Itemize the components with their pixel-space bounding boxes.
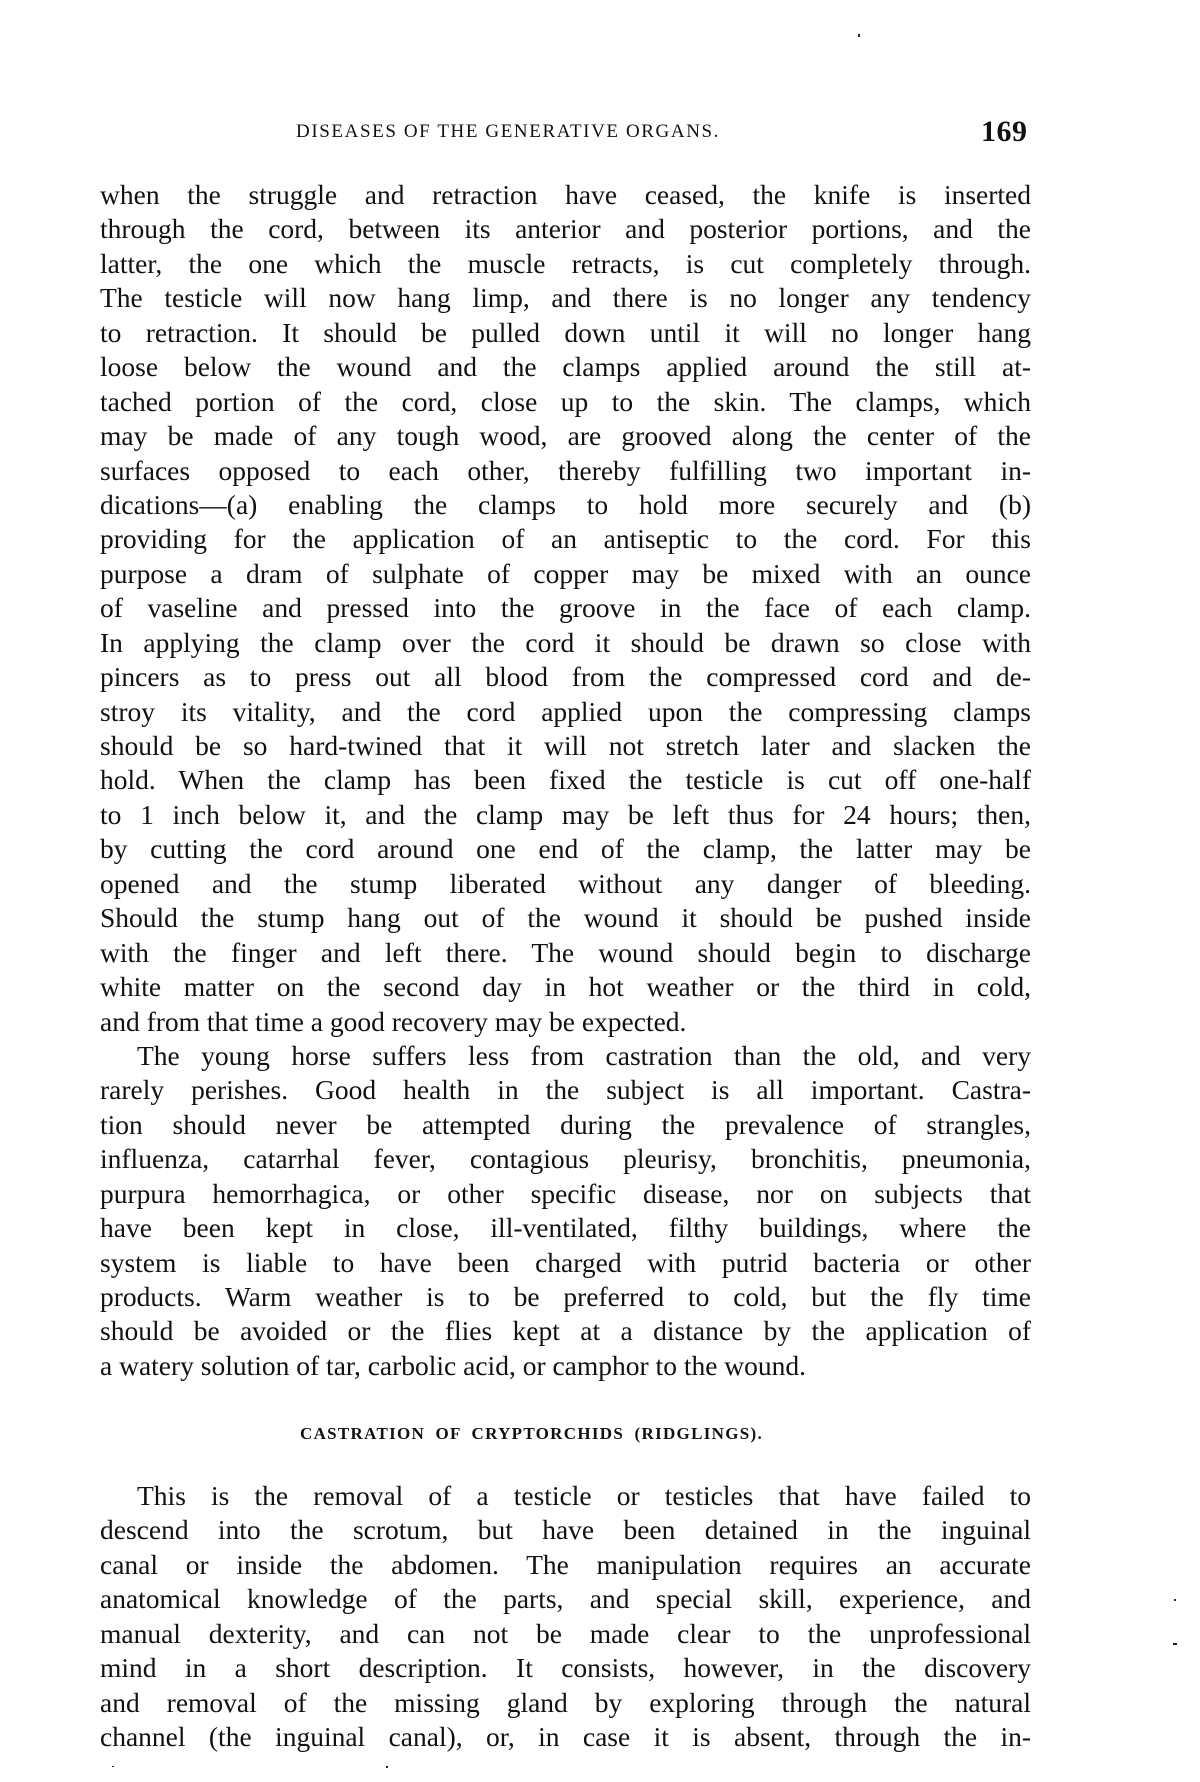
page-number: 169 — [981, 115, 1028, 149]
scan-speck — [858, 34, 860, 37]
text-line: purpose a dram of sulphate of copper may… — [100, 557, 1031, 591]
text-line: pincers as to press out all blood from t… — [100, 660, 1031, 694]
text-line: opened and the stump liberated without a… — [100, 867, 1031, 901]
section-heading: CASTRATION OF CRYPTORCHIDS (RIDGLINGS). — [300, 1424, 763, 1444]
text-line: mind in a short description. It consists… — [100, 1651, 1031, 1685]
text-line: should be avoided or the flies kept at a… — [100, 1314, 1031, 1348]
text-line: providing for the application of an anti… — [100, 522, 1031, 556]
text-line: The young horse suffers less from castra… — [100, 1039, 1031, 1073]
text-line: to retraction. It should be pulled down … — [100, 316, 1031, 350]
text-line: have been kept in close, ill-ventilated,… — [100, 1211, 1031, 1245]
scan-speck — [112, 1766, 114, 1767]
text-line: should be so hard-twined that it will no… — [100, 729, 1031, 763]
text-line: when the struggle and retraction have ce… — [100, 178, 1031, 212]
text-line: to 1 inch below it, and the clamp may be… — [100, 798, 1031, 832]
text-line: tion should never be attempted during th… — [100, 1108, 1031, 1142]
text-line: stroy its vitality, and the cord applied… — [100, 695, 1031, 729]
text-line: Should the stump hang out of the wound i… — [100, 901, 1031, 935]
text-line: In applying the clamp over the cord it s… — [100, 626, 1031, 660]
text-line: channel (the inguinal canal), or, in cas… — [100, 1720, 1031, 1754]
text-line: The testicle will now hang limp, and the… — [100, 281, 1031, 315]
text-line: manual dexterity, and can not be made cl… — [100, 1617, 1031, 1651]
text-line: rarely perishes. Good health in the subj… — [100, 1073, 1031, 1107]
text-line: with the finger and left there. The woun… — [100, 936, 1031, 970]
book-page: DISEASES OF THE GENERATIVE ORGANS. 169 w… — [0, 0, 1200, 1782]
text-line: products. Warm weather is to be preferre… — [100, 1280, 1031, 1314]
text-line: and from that time a good recovery may b… — [100, 1005, 1031, 1039]
text-line: through the cord, between its anterior a… — [100, 212, 1031, 246]
scan-speck — [386, 1766, 388, 1768]
text-line: loose below the wound and the clamps app… — [100, 350, 1031, 384]
text-line: dications—(a) enabling the clamps to hol… — [100, 488, 1031, 522]
text-line: may be made of any tough wood, are groov… — [100, 419, 1031, 453]
text-line: influenza, catarrhal fever, contagious p… — [100, 1142, 1031, 1176]
text-line: system is liable to have been charged wi… — [100, 1246, 1031, 1280]
body-text-continuation: when the struggle and retraction have ce… — [100, 178, 1031, 1383]
text-line: by cutting the cord around one end of th… — [100, 832, 1031, 866]
scan-speck — [1173, 1643, 1177, 1645]
text-line: anatomical knowledge of the parts, and s… — [100, 1582, 1031, 1616]
text-line: of vaseline and pressed into the groove … — [100, 591, 1031, 625]
text-line: hold. When the clamp has been fixed the … — [100, 763, 1031, 797]
text-line: tached portion of the cord, close up to … — [100, 385, 1031, 419]
text-line: descend into the scrotum, but have been … — [100, 1513, 1031, 1547]
text-line: canal or inside the abdomen. The manipul… — [100, 1548, 1031, 1582]
scan-speck — [1174, 1599, 1176, 1601]
section-paragraph: This is the removal of a testicle or tes… — [100, 1479, 1031, 1755]
text-line: and removal of the missing gland by expl… — [100, 1686, 1031, 1720]
text-line: purpura hemorrhagica, or other specific … — [100, 1177, 1031, 1211]
text-line: latter, the one which the muscle retract… — [100, 247, 1031, 281]
text-line: white matter on the second day in hot we… — [100, 970, 1031, 1004]
text-line: surfaces opposed to each other, thereby … — [100, 454, 1031, 488]
running-head: DISEASES OF THE GENERATIVE ORGANS. — [296, 121, 720, 143]
text-line: a watery solution of tar, carbolic acid,… — [100, 1349, 1031, 1383]
text-line: This is the removal of a testicle or tes… — [100, 1479, 1031, 1513]
